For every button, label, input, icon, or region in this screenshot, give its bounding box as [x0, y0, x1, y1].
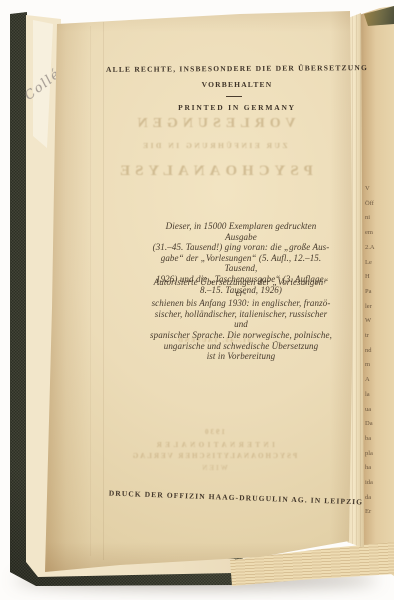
facing-page-text-fragment: ha: [365, 461, 387, 476]
facing-page-text-fragment: W: [365, 314, 387, 329]
facing-page-text-fragment: Öff: [365, 197, 387, 212]
edition-note-line: gabe“ der „Vorlesungen“ (5. Aufl., 12.–1…: [150, 253, 332, 274]
rights-notice-line2: VORBEHALTEN: [102, 80, 372, 89]
show-through-publisher-line2: PSYCHOANALYTISCHER VERLAG: [86, 452, 342, 460]
facing-page-text-fragment: Pa: [365, 285, 387, 300]
facing-page-text-fragment: H: [365, 270, 387, 285]
facing-page-text-fragment: ler: [365, 300, 387, 315]
facing-page-text-fragment: nd: [365, 344, 387, 359]
translations-note-line: sischer, holländischer, italienischer, r…: [150, 309, 332, 330]
translations-note-line: ungarische und schwedische Übersetzung: [150, 341, 332, 352]
show-through-title-line1: VORLESUNGEN: [86, 116, 342, 132]
show-through-year: 1930: [86, 428, 342, 436]
facing-page-text-fragment: 2.A: [365, 241, 387, 256]
facing-page-text-fragment: V: [365, 182, 387, 197]
facing-page-text-column: VÖffniem2.ALeHPalerWtrndmAlauaDabaplahai…: [365, 182, 387, 520]
translations-note-line: schienen bis Anfang 1930: in englischer,…: [150, 298, 332, 309]
facing-page-text-fragment: pla: [365, 447, 387, 462]
translations-note: Autorisierte Übersetzungen der „Vorlesun…: [150, 277, 332, 362]
facing-page-text-fragment: ida: [365, 476, 387, 491]
facing-page-text-fragment: A: [365, 373, 387, 388]
printed-in-germany-notice: PRINTED IN GERMANY: [102, 103, 372, 112]
facing-page-text-fragment: ni: [365, 211, 387, 226]
facing-page-text-fragment: la: [365, 388, 387, 403]
facing-page-text-fragment: tr: [365, 329, 387, 344]
show-through-title-line3: PSYCHOANALYSE: [86, 163, 342, 180]
facing-page-text-fragment: Er: [365, 505, 387, 520]
facing-page-text-fragment: Le: [365, 256, 387, 271]
rights-notice-line1: ALLE RECHTE, INSBESONDERE DIE DER ÜBERSE…: [102, 63, 372, 74]
section-rule: [226, 96, 242, 97]
translations-note-line: spanischer Sprache. Die norwegische, pol…: [150, 330, 332, 341]
facing-page-text-fragment: ba: [365, 432, 387, 447]
edition-note-line: (31.–45. Tausend!) ging voran: die „groß…: [150, 242, 332, 253]
facing-page-text-fragment: Da: [365, 417, 387, 432]
show-through-title-line2: ZUR EINFÜHRUNG IN DIE: [86, 141, 342, 150]
show-through-publisher-line3: WIEN: [86, 464, 342, 472]
facing-page-text-fragment: m: [365, 358, 387, 373]
facing-page-text-fragment: em: [365, 226, 387, 241]
facing-page-text-fragment: ua: [365, 403, 387, 418]
translations-note-line: ist in Vorbereitung: [150, 351, 332, 362]
page-crease: [90, 26, 91, 556]
show-through-publisher-line1: INTERNATIONALER: [86, 441, 342, 449]
edition-note-line: Dieser, in 15000 Exemplaren gedruckten A…: [150, 221, 332, 242]
translations-note-line: Autorisierte Übersetzungen der „Vorlesun…: [150, 277, 332, 298]
book-photo: Collé VÖffniem2.ALeHPalerWtrndmAlauaDaba…: [0, 0, 394, 600]
